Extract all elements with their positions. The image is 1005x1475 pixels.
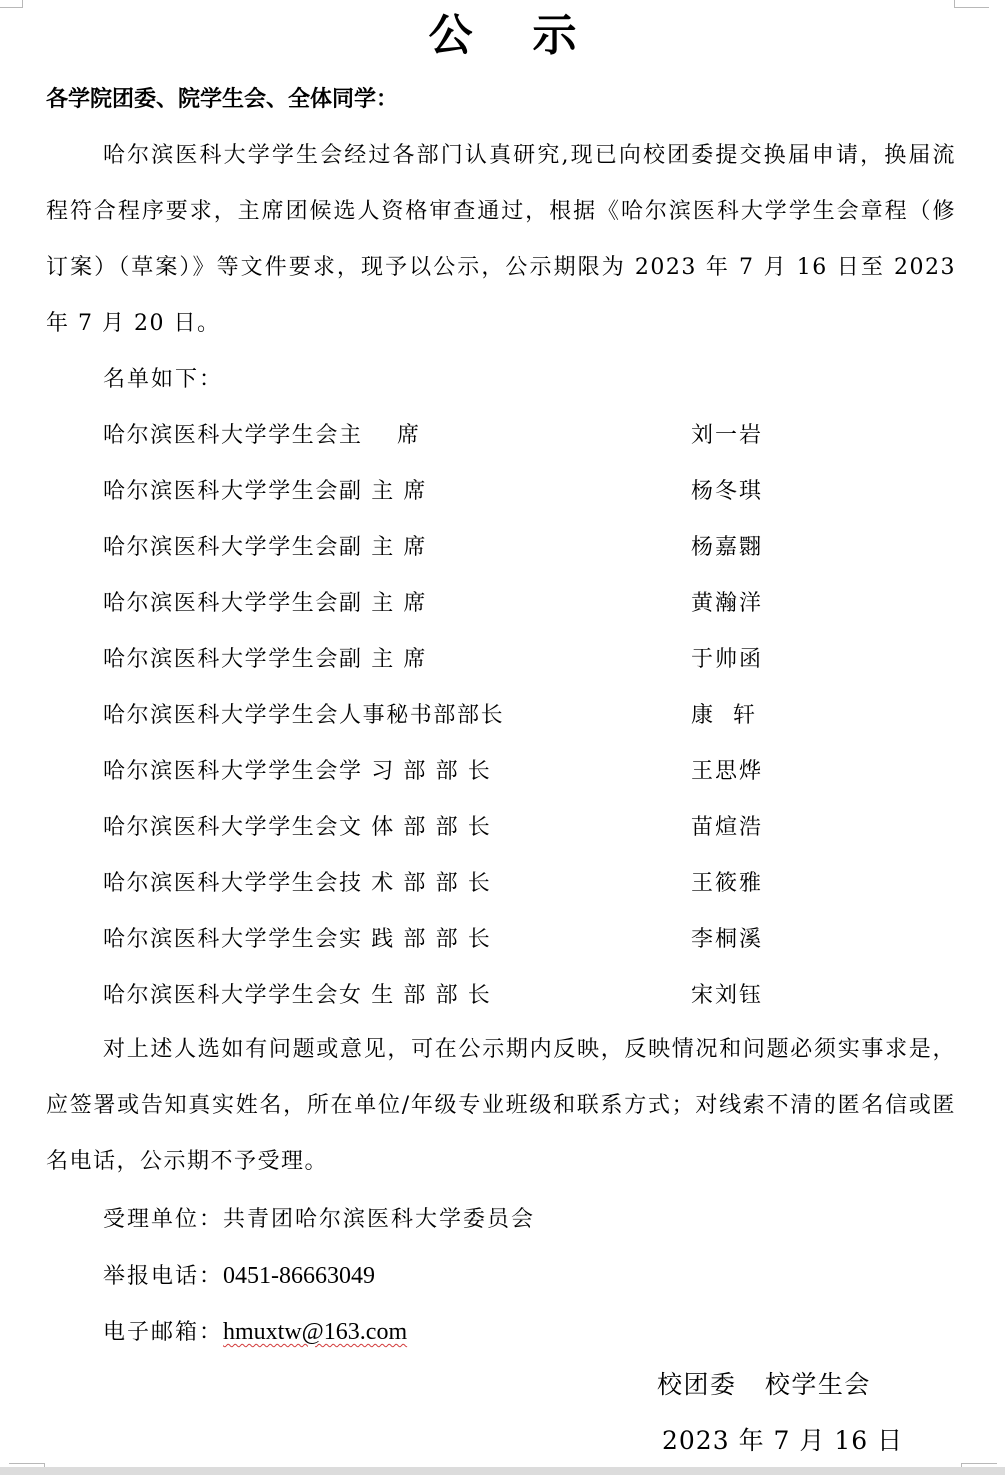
document-title: 公示: [0, 6, 1005, 66]
page-gutter: [0, 1467, 1005, 1475]
intro-paragraph: 哈尔滨医科大学学生会经过各部门认真研究,现已向校团委提交换届申请，换届流程符合程…: [46, 128, 956, 352]
candidate-name: 刘一岩: [691, 420, 763, 452]
contact-phone-label: 举报电话：: [103, 1264, 223, 1289]
candidate-position: 哈尔滨医科大学学生会技 术 部 部 长: [103, 868, 491, 900]
feedback-paragraph: 对上述人选如有问题或意见，可在公示期内反映，反映情况和问题必须实事求是，应签署或…: [46, 1022, 956, 1190]
salutation: 各学院团委、院学生会、全体同学：: [46, 84, 398, 116]
candidate-name: 王筱雅: [691, 868, 763, 900]
list-heading: 名单如下：: [103, 364, 223, 396]
contact-email-label: 电子邮箱：: [103, 1320, 223, 1345]
candidate-name: 康 轩: [691, 700, 757, 732]
candidate-name: 李桐溪: [691, 924, 763, 956]
contact-phone: 举报电话：0451-86663049: [103, 1260, 375, 1293]
contact-phone-value: 0451-86663049: [223, 1263, 375, 1289]
contact-email: 电子邮箱：hmuxtw@163.com: [103, 1316, 407, 1349]
contact-unit-label: 受理单位：: [103, 1207, 223, 1232]
signature-date: 2023 年 7 月 16 日: [662, 1424, 903, 1458]
document-page: 公示 各学院团委、院学生会、全体同学： 哈尔滨医科大学学生会经过各部门认真研究,…: [0, 0, 1005, 1467]
candidate-position: 哈尔滨医科大学学生会文 体 部 部 长: [103, 812, 491, 844]
contact-unit: 受理单位：共青团哈尔滨医科大学委员会: [103, 1204, 535, 1236]
candidate-position: 哈尔滨医科大学学生会副 主 席: [103, 532, 427, 564]
candidate-name: 于帅函: [691, 644, 763, 676]
contact-email-value[interactable]: hmuxtw@163.com: [223, 1319, 407, 1345]
candidate-name: 宋刘钰: [691, 980, 763, 1012]
candidate-name: 苗煊浩: [691, 812, 763, 844]
candidate-position: 哈尔滨医科大学学生会学 习 部 部 长: [103, 756, 491, 788]
candidate-position: 哈尔滨医科大学学生会副 主 席: [103, 644, 427, 676]
candidate-position: 哈尔滨医科大学学生会主 席: [103, 420, 421, 452]
candidate-position: 哈尔滨医科大学学生会女 生 部 部 长: [103, 980, 491, 1012]
candidate-position: 哈尔滨医科大学学生会实 践 部 部 长: [103, 924, 491, 956]
candidate-name: 杨嘉翾: [691, 532, 763, 564]
candidate-position: 哈尔滨医科大学学生会副 主 席: [103, 476, 427, 508]
candidate-name: 杨冬琪: [691, 476, 763, 508]
candidate-name: 王思烨: [691, 756, 763, 788]
signature: 校团委 校学生会: [657, 1368, 871, 1402]
candidate-position: 哈尔滨医科大学学生会人事秘书部部长: [103, 700, 504, 732]
contact-unit-value: 共青团哈尔滨医科大学委员会: [223, 1207, 535, 1232]
candidate-position: 哈尔滨医科大学学生会副 主 席: [103, 588, 427, 620]
candidate-name: 黄瀚洋: [691, 588, 763, 620]
